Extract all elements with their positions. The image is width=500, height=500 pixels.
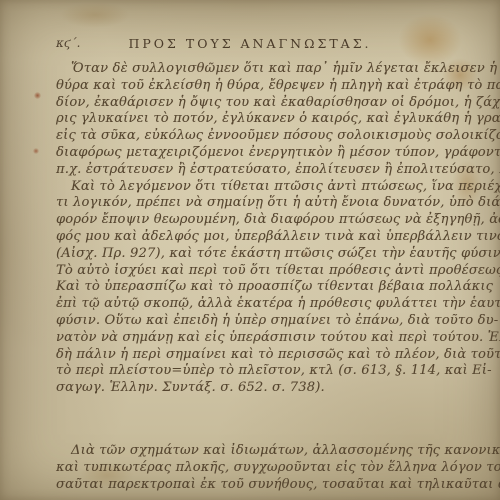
paper-stain <box>33 148 39 154</box>
text-line: τὸ περὶ πλείστου=ὑπὲρ τὸ πλεῖστον, κτλ (… <box>56 363 470 380</box>
text-line: εἰς τὰ σῦκα, εὐκόλως ἐννοοῦμεν πόσους σο… <box>56 128 470 145</box>
text-line: Καὶ τὸ ὑπερασπίζω καὶ τὸ προασπίζω τίθεν… <box>56 279 470 296</box>
text-line: π.χ. ἐστράτευσεν ἢ ἐστρατεύσατο, ἐπολίτε… <box>56 162 470 179</box>
text-line: ρις γλυκαίνει τὸ ποτόν, ἐγλύκανεν ὁ καιρ… <box>56 111 470 128</box>
text-line: ἐπὶ τῷ αὐτῷ σκοπῷ, ἀλλὰ ἑκατέρα ἡ πρόθεσ… <box>56 296 470 313</box>
text-line: Ὅταν δὲ συλλογισθῶμεν ὅτι καὶ παρ᾽ ἡμῖν … <box>56 61 470 78</box>
paper-stain <box>34 92 41 99</box>
paragraph: Καὶ τὸ λεγόμενον ὅτι τίθεται πτῶσις ἀντὶ… <box>56 179 470 397</box>
text-line: φός μου καὶ ἀδελφός μοι, ὑπερβάλλειν τιν… <box>56 229 470 246</box>
text-line: Καὶ τὸ λεγόμενον ὅτι τίθεται πτῶσις ἀντὶ… <box>56 179 470 196</box>
text-line: φορόν ἔποψιν θεωρουμένη, διὰ διαφόρου πτ… <box>56 212 470 229</box>
body-text: Ὅταν δὲ συλλογισθῶμεν ὅτι καὶ παρ᾽ ἡμῖν … <box>56 61 470 493</box>
page-header-title: ΠΡΟΣ ΤΟΥΣ ΑΝΑΓΝΩΣΤΑΣ. <box>0 36 500 51</box>
paragraph: Διὰ τῶν σχημάτων καὶ ἰδιωμάτων, ἀλλασσομ… <box>56 443 470 493</box>
text-line: (Αἰσχ. Πρ. 927), καὶ τότε ἑκάστη πτῶσις … <box>56 246 470 263</box>
text-line: φύσιν. Οὕτω καὶ ἐπειδὴ ἡ ὑπὲρ σημαίνει τ… <box>56 313 470 330</box>
text-line: καὶ τυπικωτέρας πλοκῆς, συγχωροῦνται εἰς… <box>56 460 470 477</box>
page-header: κϛ΄. ΠΡΟΣ ΤΟΥΣ ΑΝΑΓΝΩΣΤΑΣ. <box>0 36 500 54</box>
text-line: σαῦται παρεκτροπαὶ ἐκ τοῦ συνήθους, τοσα… <box>56 477 470 494</box>
text-line: νατὸν νὰ σημάνῃ καὶ εἰς ὑπεράσπισιν τούτ… <box>56 330 470 347</box>
text-line: Διὰ τῶν σχημάτων καὶ ἰδιωμάτων, ἀλλασσομ… <box>56 443 470 460</box>
text-line: διαφόρως μεταχειριζόμενοι ἐνεργητικὸν ἢ … <box>56 145 470 162</box>
paragraph: Ὅταν δὲ συλλογισθῶμεν ὅτι καὶ παρ᾽ ἡμῖν … <box>56 61 470 179</box>
text-line: σαγωγ. Ἑλλην. Συντάξ. σ. 652. σ. 738). <box>56 380 470 397</box>
text-line: Τὸ αὐτὸ ἰσχύει καὶ περὶ τοῦ ὅτι τίθεται … <box>56 263 470 280</box>
text-line: θύρα καὶ τοῦ ἐκλείσθη ἡ θύρα, ἔθρεψεν ἡ … <box>56 78 470 95</box>
paper-stain <box>60 2 130 28</box>
text-line: τι λογικόν, πρέπει νὰ σημαίνῃ ὅτι ἡ αὐτὴ… <box>56 195 470 212</box>
book-page: κϛ΄. ΠΡΟΣ ΤΟΥΣ ΑΝΑΓΝΩΣΤΑΣ. Ὅταν δὲ συλλο… <box>0 0 500 500</box>
text-line: δὴ πάλιν ἡ περὶ σημαίνει καὶ τὸ περισσῶς… <box>56 347 470 364</box>
text-line: δίον, ἐκαθάρισεν ἡ ὄψις του καὶ ἐκαθαρίσ… <box>56 95 470 112</box>
